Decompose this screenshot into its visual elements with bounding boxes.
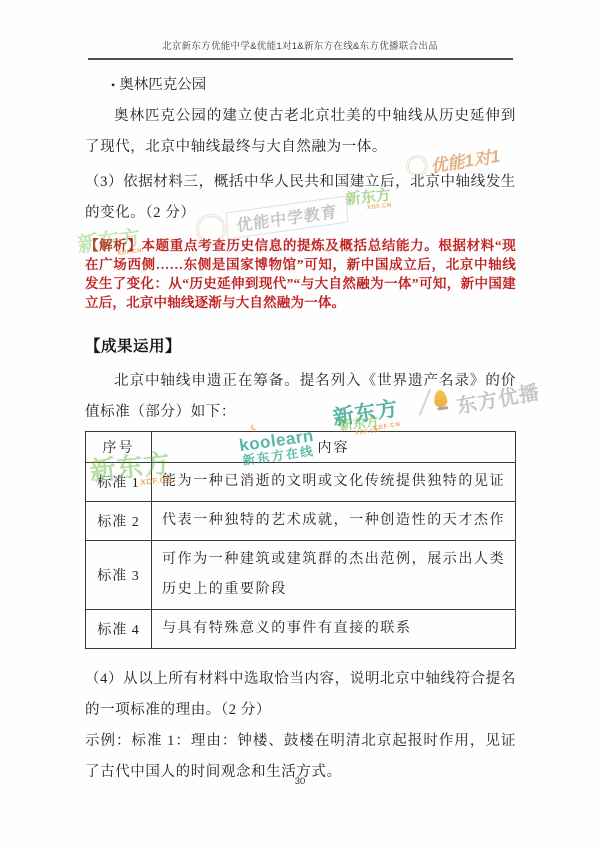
analysis-text: 【解析】本题重点考查历史信息的提炼及概括总结能力。根据材料“现在广场西侧……东侧… — [85, 236, 516, 312]
table-row: 标准 1 能为一种已消逝的文明或文化传统提供独特的见证 — [86, 463, 516, 502]
table-header-row: 序号 内容 — [86, 432, 516, 463]
criterion-label: 标准 2 — [86, 502, 152, 541]
table-row: 标准 2 代表一种独特的艺术成就，一种创造性的天才杰作 — [86, 502, 516, 541]
column-header-number: 序号 — [86, 432, 152, 463]
criterion-content: 可作为一种建筑或建筑群的杰出范例，展示出人类历史上的重要阶段 — [152, 541, 516, 610]
document-page: 北京新东方优能中学&优能1对1&新东方在线&东方优播联合出品 •奥林匹克公园 奥… — [0, 0, 600, 847]
criterion-content: 与具有特殊意义的事件有直接的联系 — [152, 610, 516, 649]
criteria-table: 序号 内容 标准 1 能为一种已消逝的文明或文化传统提供独特的见证 标准 2 代… — [85, 431, 516, 649]
bullet-item: •奥林匹克公园 — [85, 70, 516, 101]
page-header: 北京新东方优能中学&优能1对1&新东方在线&东方优播联合出品 — [0, 38, 600, 52]
criterion-content: 代表一种独特的艺术成就，一种创造性的天才杰作 — [152, 502, 516, 541]
page-number: 30 — [0, 776, 600, 787]
bullet-item-label: 奥林匹克公园 — [119, 77, 206, 93]
criterion-content: 能为一种已消逝的文明或文化传统提供独特的见证 — [152, 463, 516, 502]
document-content: •奥林匹克公园 奥林匹克公园的建立使古老北京壮美的中轴线从历史延伸到了现代，北京… — [85, 70, 516, 788]
question-4: （4）从以上所有材料中选取恰当内容，说明北京中轴线符合提名的一项标准的理由。（2… — [85, 664, 516, 726]
paragraph-olympic: 奥林匹克公园的建立使古老北京壮美的中轴线从历史延伸到了现代，北京中轴线最终与大自… — [85, 101, 516, 163]
section-title: 【成果运用】 — [85, 334, 516, 356]
table-row: 标准 4 与具有特殊意义的事件有直接的联系 — [86, 610, 516, 649]
criterion-label: 标准 3 — [86, 541, 152, 610]
criterion-label: 标准 4 — [86, 610, 152, 649]
column-header-content: 内容 — [152, 432, 516, 463]
criterion-label: 标准 1 — [86, 463, 152, 502]
header-divider — [88, 58, 513, 60]
bullet-icon: • — [111, 78, 115, 92]
question-3: （3）依据材料三，概括中华人民共和国建立后，北京中轴线发生的变化。（2 分） — [85, 167, 516, 229]
paragraph-intro-table: 北京中轴线申遗正在筹备。提名列入《世界遗产名录》的价值标准（部分）如下： — [85, 366, 516, 428]
table-row: 标准 3 可作为一种建筑或建筑群的杰出范例，展示出人类历史上的重要阶段 — [86, 541, 516, 610]
